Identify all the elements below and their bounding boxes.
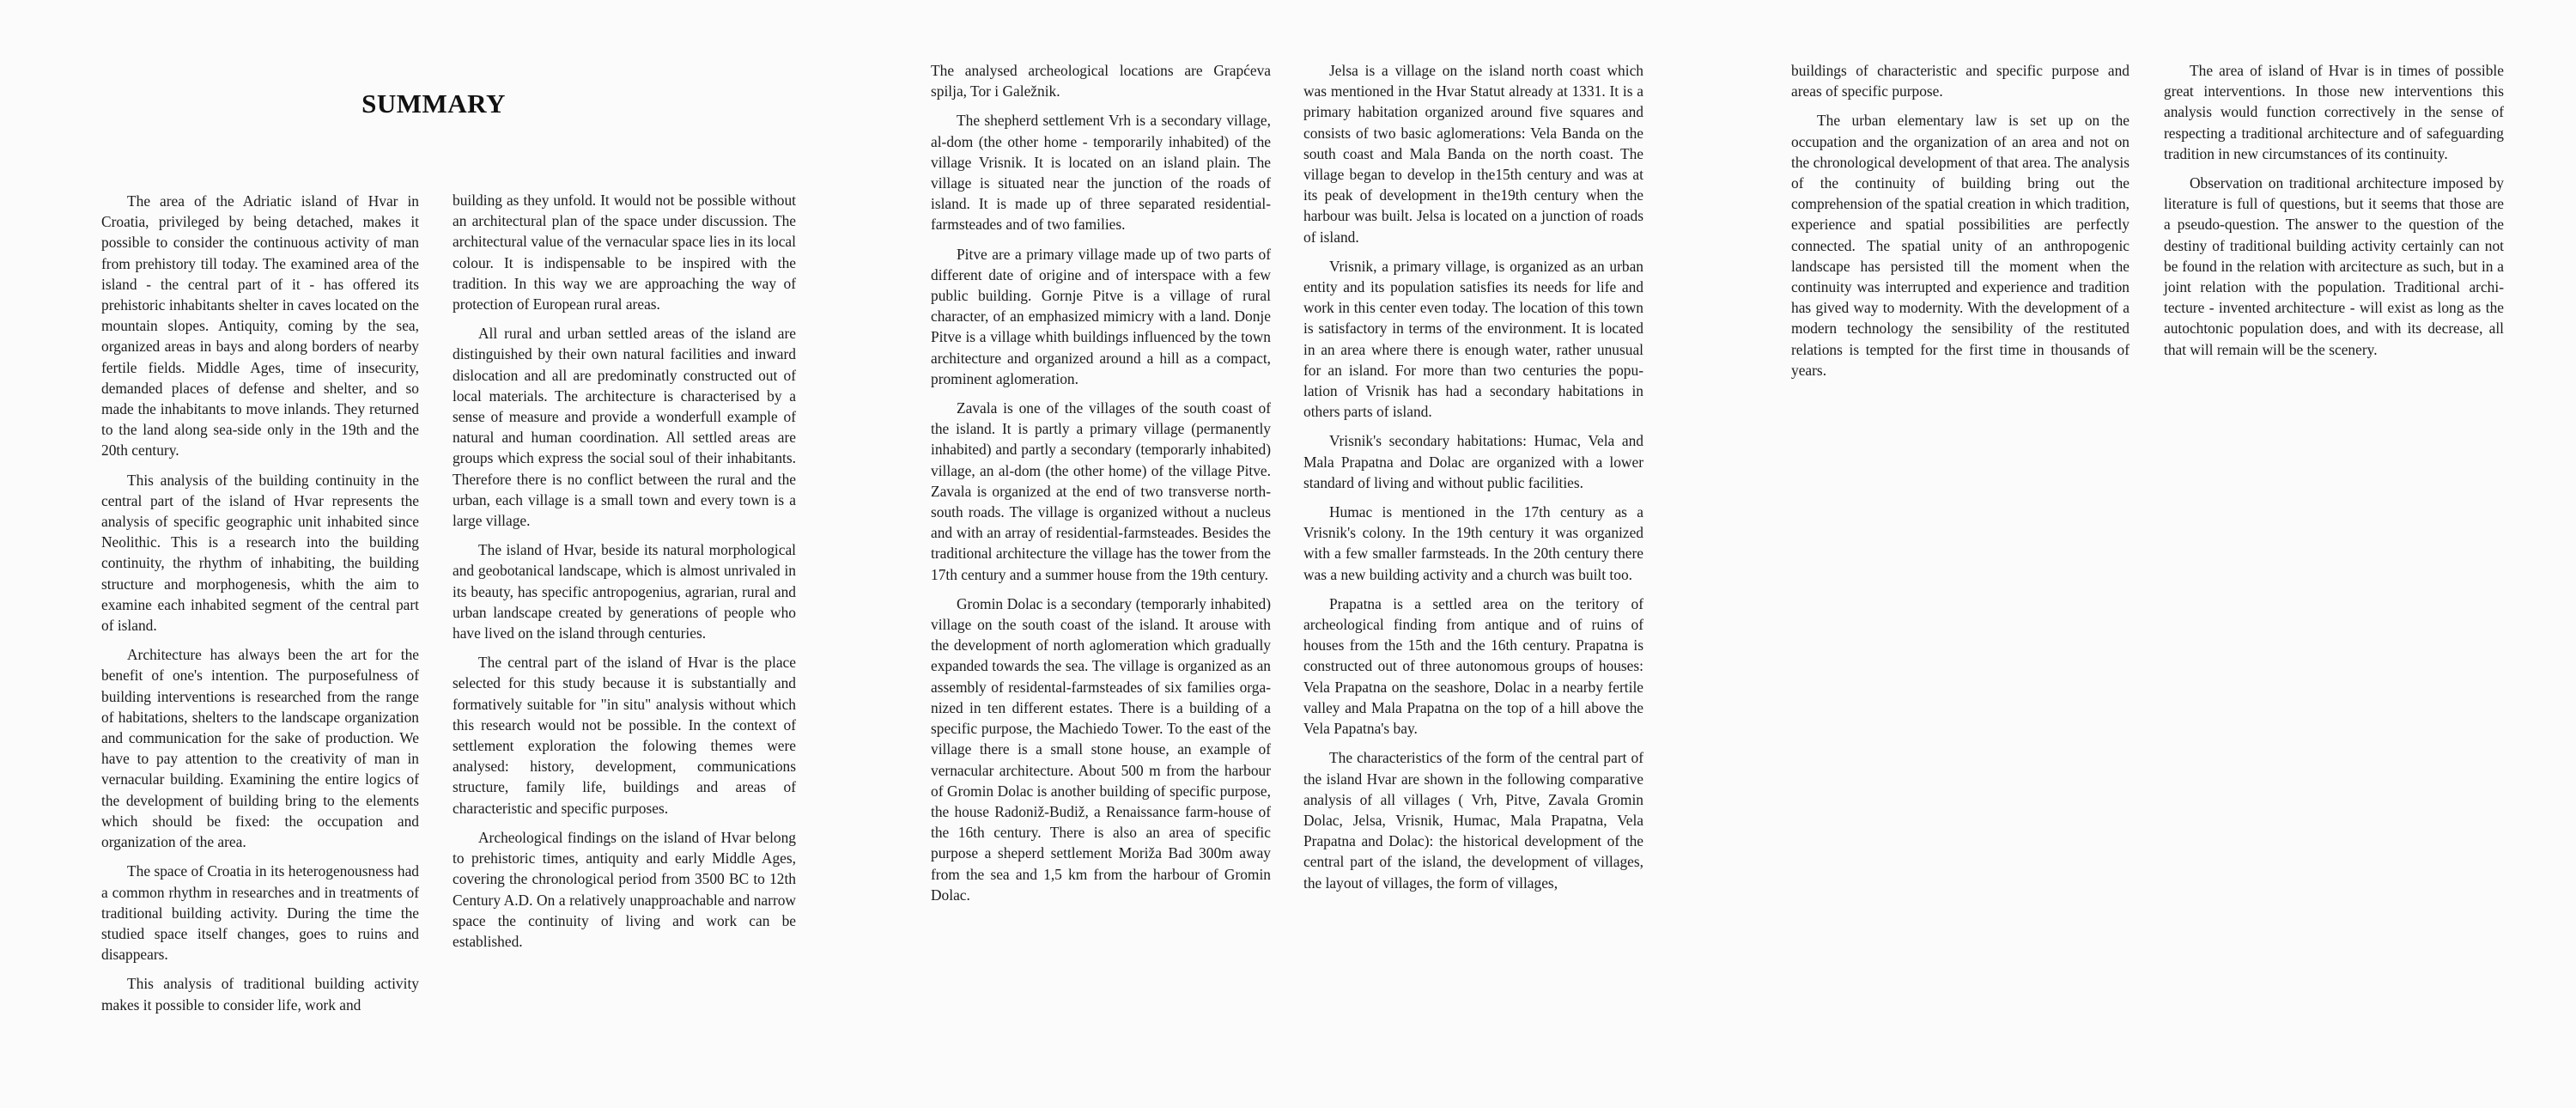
text-column-1: The area of the Adriatic island of Hvar …: [101, 191, 419, 1024]
paragraph: The central part of the island of Hvar i…: [453, 652, 796, 819]
paragraph: The characteristics of the form of the c…: [1303, 747, 1643, 892]
text-column-5: buildings of characteristic and specific…: [1791, 60, 2129, 389]
paragraph: buildings of characteristic and specific…: [1791, 60, 2129, 101]
paragraph: Humac is mentioned in the 17th century a…: [1303, 502, 1643, 585]
paragraph: The area of island of Hvar is in times o…: [2164, 60, 2504, 164]
text-column-6: The area of island of Hvar is in times o…: [2164, 60, 2504, 368]
paragraph: The space of Croatia in its heterogenous…: [101, 861, 419, 965]
paragraph: This analysis of traditional building ac…: [101, 973, 419, 1014]
paragraph: Zavala is one of the villages of the sou…: [931, 398, 1271, 585]
paragraph: Prapatna is a settled area on the terito…: [1303, 594, 1643, 739]
paragraph: Vrisnik's secondary habitations: Humac, …: [1303, 430, 1643, 493]
document-spread: SUMMARY The area of the Adriatic island …: [0, 0, 2576, 1108]
paragraph: Vrisnik, a primary village, is organized…: [1303, 256, 1643, 423]
paragraph: This analysis of the building continuity…: [101, 470, 419, 636]
text-column-4: Jelsa is a village on the island north c…: [1303, 60, 1643, 902]
paragraph: The shepherd settlement Vrh is a seconda…: [931, 110, 1271, 234]
paragraph: Gromin Dolac is a secondary (temporarly …: [931, 594, 1271, 905]
paragraph: Jelsa is a village on the island north c…: [1303, 60, 1643, 247]
paragraph: The urban elementary law is set up on th…: [1791, 110, 2129, 380]
paragraph: The island of Hvar, beside its natural m…: [453, 539, 796, 643]
paragraph: The analysed archeological locations are…: [931, 60, 1271, 101]
paragraph: Pitve are a primary village made up of t…: [931, 244, 1271, 389]
paragraph: All rural and urban settled areas of the…: [453, 323, 796, 531]
paragraph: building as they unfold. It would not be…: [453, 190, 796, 314]
text-column-2: building as they unfold. It would not be…: [453, 52, 796, 960]
paragraph: Architecture has always been the art for…: [101, 644, 419, 852]
paragraph: Archeological findings on the island of …: [453, 827, 796, 952]
paragraph: Observation on traditional architecture …: [2164, 173, 2504, 360]
text-column-3: The analysed archeological locations are…: [931, 60, 1271, 914]
paragraph: The area of the Adriatic island of Hvar …: [101, 191, 419, 461]
